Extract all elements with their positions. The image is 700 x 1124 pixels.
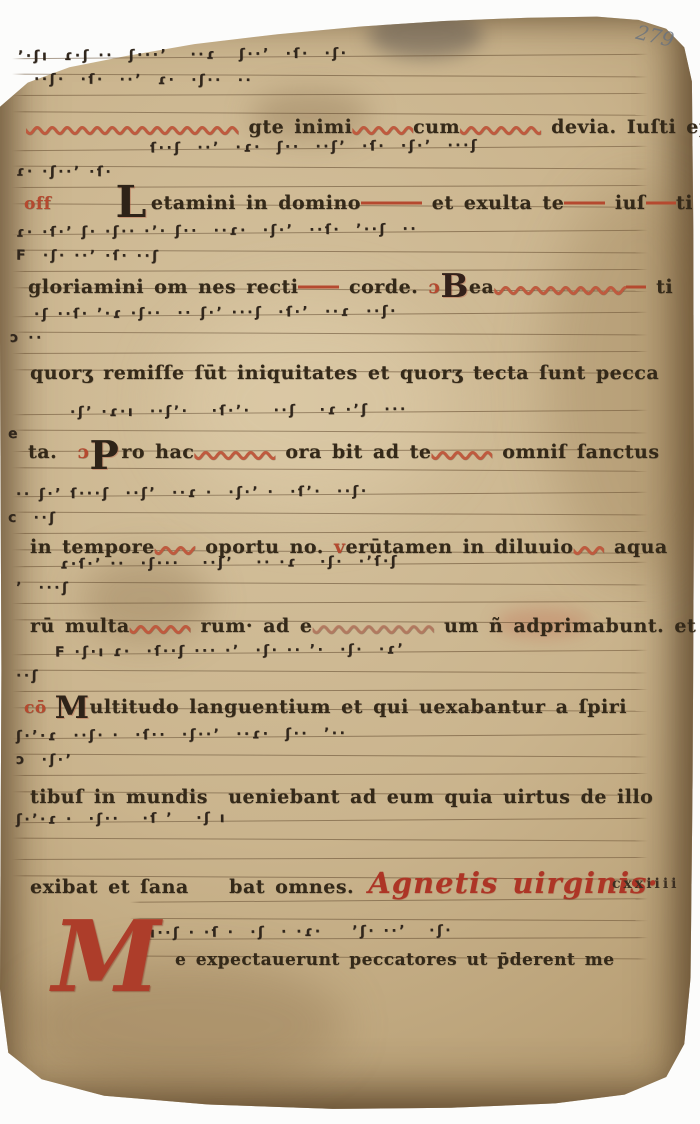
chant-text-line: tibuſ in mundis ueniebant ad eum quia ui… (30, 786, 653, 808)
red-filler-faded (312, 615, 433, 637)
text-segment: tibuſ in mundis ueniebant ad eum quia ui… (30, 786, 653, 808)
initial-letter: B (440, 266, 468, 305)
chant-text-line: quorʒ remiſſe ſūt iniquitates et quorʒ t… (30, 362, 659, 384)
margin-rubric-offertorium: off (24, 194, 51, 214)
neume-row: ɔ ·ʃ·ʼ (16, 752, 73, 768)
neume-row: ɾ∙ ·ʃ··ʼ ·ſ· (16, 164, 113, 181)
chant-text-line: offLetamini in domino et exulta te iuſ t… (24, 192, 700, 214)
text-segment: ti et (676, 192, 700, 214)
neume-row: ı··ʃ · ·ſ · ·ʃ ∙ ·ɾ· ʼʃ· ∙·ʼ ·ʃ· (150, 923, 453, 942)
neume-row: e (8, 426, 20, 442)
folio-number: 279 (634, 20, 677, 52)
red-filler (352, 116, 413, 138)
neume-row: ʃ·ʼ·ɾ · ·ʃ∙· ·ſ ʼ ·ʃ ı (16, 810, 227, 828)
red-filler (431, 441, 492, 463)
text-segment: um ñ adprimabunt. et gla (434, 615, 700, 637)
initial-letter: M (52, 900, 161, 1015)
red-filler (494, 276, 626, 298)
red-paraph-mark: ɔ (77, 441, 89, 463)
neume-row: ʼ ·∙·ʃ (16, 580, 70, 596)
neume-row: ɾ·ſ·ʼ ·∙ ·ʃ·∙· ··ʃʼ ∙· ·ɾ ·ʃ∙ ·ʼſ·ʃ (60, 554, 399, 573)
neume-row: c ∙·ʃ (8, 510, 58, 526)
chant-text-line: rū multa rum· ad e um ñ adprimabunt. et … (30, 615, 700, 637)
text-segment: etamini in domino (151, 192, 361, 214)
neume-row: ·∙ʃ (16, 668, 40, 684)
text-segment: aqua (604, 536, 668, 558)
red-filler (564, 192, 604, 214)
text-segment: gte inimi (238, 116, 352, 138)
red-filler (130, 615, 191, 637)
chant-text-line: gte inimi cum devia. Iuſti epulentʼ (26, 116, 700, 138)
neume-row: ʃ·ʼ·ɾ ∙·ʃ· · ·ſ∙· ·ʃ··ʼ ∙·ɾ· ʃ·∙ ʼ·∙ (16, 726, 348, 745)
chant-index-number: cxxiiii (612, 876, 680, 892)
chant-text-line: exibat et ſana bat omnes. Agnetis uirgin… (30, 866, 659, 900)
neume-row: ſ··ʃ ·∙ʼ ·ɾ· ʃ·∙ ··ʃʼ ∙ſ· ·ʃ·ʼ ··∙ʃ (150, 138, 479, 157)
text-segment: ti (646, 276, 673, 298)
neume-row: F ·ʃ∙ ··ʼ ·ſ· ∙·ʃ (16, 248, 161, 265)
manuscript-photo: 279 ʼ·ʃı ɾ·ʃ ∙· ʃ·∙·ʼ ·∙ɾ ʃ··ʼ ·ſ∙ ·ʃ· ·… (0, 0, 700, 1124)
neume-row: ʼ·ʃı ɾ·ʃ ∙· ʃ·∙·ʼ ·∙ɾ ʃ··ʼ ·ſ∙ ·ʃ· (18, 46, 349, 65)
text-segment: exibat et ſana bat omnes. (30, 876, 354, 898)
initial-letter: P (90, 433, 120, 479)
text-segment: cum (413, 116, 460, 138)
neume-row: ɔ ·∙ (10, 330, 44, 346)
text-segment: ta. (28, 441, 77, 463)
red-filler (26, 116, 238, 138)
text-segment: gloriamini om nes recti (28, 276, 298, 298)
text-segment: ultitudo languentium et qui uexabantur a… (90, 696, 627, 718)
neume-row: F ·ʃ·ı ɾ· ·ſ··ʃ ∙·∙ ·ʼ ·ʃ· ·∙ ʼ· ·ʃ∙ ·ɾʼ (55, 641, 405, 660)
text-segment: ro hac (121, 441, 194, 463)
text-segment: ora bit ad te (275, 441, 431, 463)
red-filler (646, 192, 676, 214)
initial-letter: L (115, 177, 146, 228)
red-filler (194, 441, 275, 463)
page-content: 279 ʼ·ʃı ɾ·ʃ ∙· ʃ·∙·ʼ ·∙ɾ ʃ··ʼ ·ſ∙ ·ʃ· ·… (0, 0, 700, 1124)
red-filler (298, 276, 338, 298)
chant-text-line: ta. ɔPro hac ora bit ad te omniſ ſanctus (28, 441, 660, 463)
text-segment: iuſ (605, 192, 646, 214)
margin-rubric-communio: cō (24, 698, 47, 718)
text-segment: et exulta te (422, 192, 565, 214)
red-filler (626, 276, 646, 298)
text-segment: corde. (339, 276, 428, 298)
red-filler (460, 116, 541, 138)
red-filler (361, 192, 422, 214)
text-segment: rum· ad e (190, 615, 312, 637)
red-paraph-mark: ɔ (428, 276, 440, 298)
text-segment: e expectauerunt peccatores ut p̄derent m… (175, 950, 615, 970)
neume-row: ·ʃ ·∙ſ· ʼ·ɾ ·ʃ·· ∙· ʃ·ʼ ·∙·ʃ ·ſ·ʼ ∙·ɾ ··… (34, 303, 398, 322)
text-segment: ea (469, 276, 494, 298)
text-segment: quorʒ remiſſe ſūt iniquitates et quorʒ t… (30, 362, 659, 384)
neume-row: ·∙ ʃ·ʼ ſ·∙·ʃ ··ʃʼ ∙·ɾ · ·ʃ∙ʼ · ·ſʼ· ∙·ʃ· (16, 483, 369, 502)
red-filler (574, 536, 604, 558)
chant-text-line: Me expectauerunt peccatores ut p̄derent … (52, 950, 615, 970)
text-segment: rū multa (30, 615, 130, 637)
initial-letter: M (55, 690, 90, 726)
neume-row: ·ʃʼ ·ɾ·ı ∙·ʃʼ· ·ſ∙ʼ· ·∙ʃ ·ɾ ·ʼʃ ·∙· (70, 402, 408, 421)
chant-text-line: cōMultitudo languentium et qui uexabantu… (24, 696, 627, 718)
chant-text-line: gloriamini om nes recti corde. ɔBea ti (28, 276, 673, 298)
neume-row: ·∙ʃ· ·ſ· ∙·ʼ ɾ∙ ·ʃ∙· ·· (34, 71, 253, 88)
text-segment: in tempore (30, 536, 155, 558)
text-segment: omniſ ſanctus (492, 441, 659, 463)
text-segment: devia. Iuſti epulentʼ (541, 116, 700, 138)
